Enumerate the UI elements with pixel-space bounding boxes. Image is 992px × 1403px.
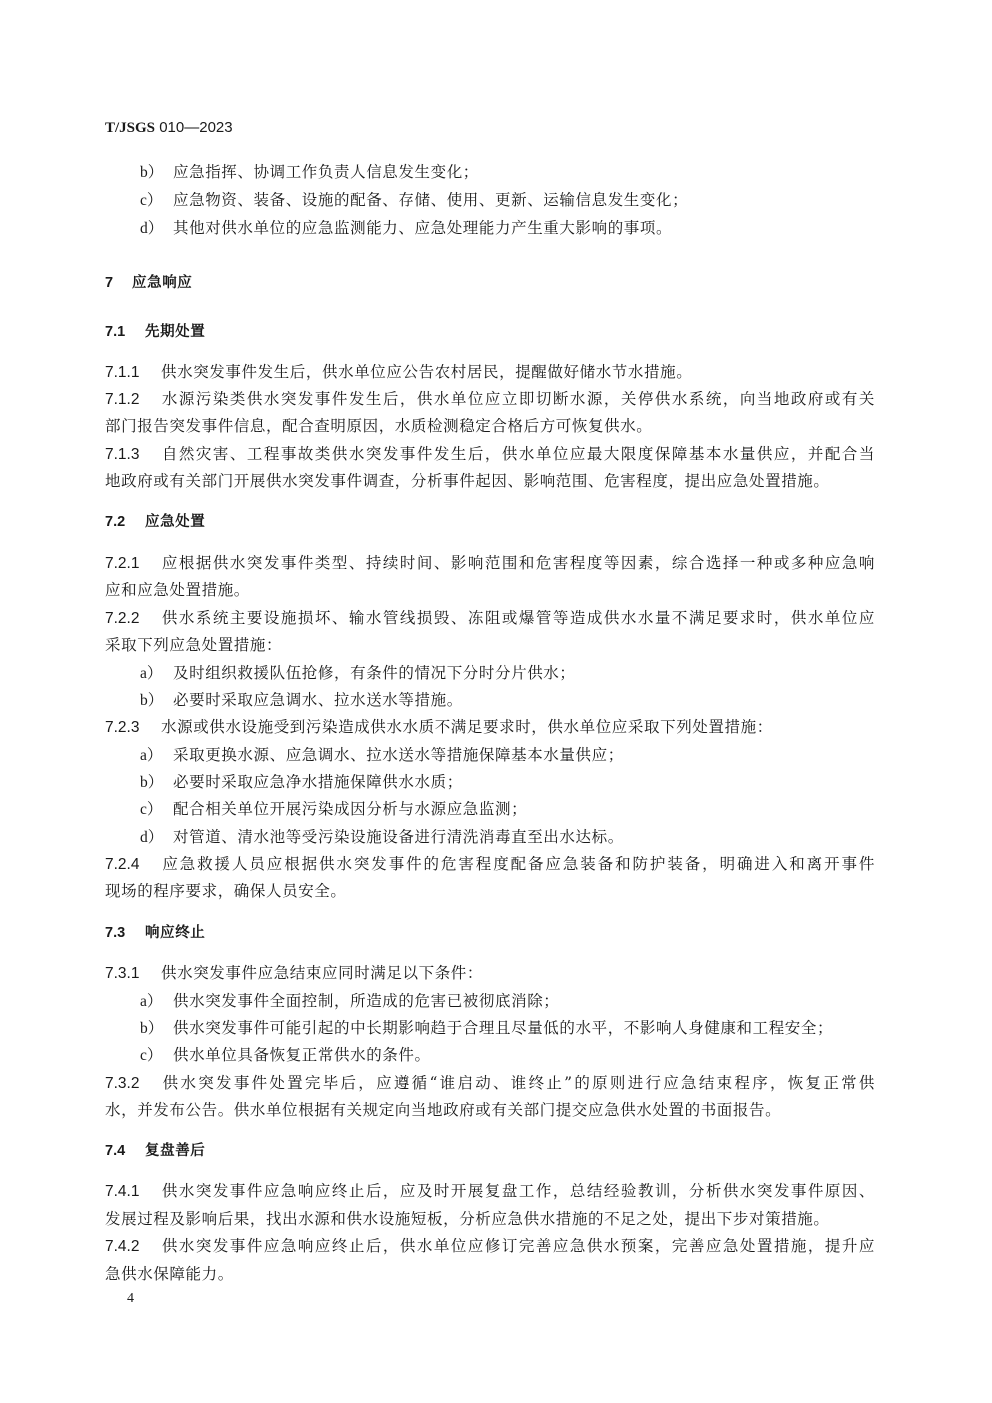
clause-7-1-2: 7.1.2水源污染类供水突发事件发生后，供水单位应立即切断水源，关停供水系统，向… — [105, 389, 875, 410]
clause-7-1-3-cont: 地政府或有关部门开展供水突发事件调查，分析事件起因、影响范围、危害程度，提出应急… — [105, 471, 875, 491]
section-title: 应急处置 — [145, 514, 205, 530]
item-label: b） — [140, 163, 173, 183]
list-item: a）供水突发事件全面控制，所造成的危害已被彻底消除； — [140, 991, 875, 1012]
clause-7-1-3: 7.1.3自然灾害、工程事故类供水突发事件发生后，供水单位应最大限度保障基本水量… — [105, 444, 875, 465]
clause-7-1-2-cont: 部门报告突发事件信息，配合查明原因，水质检测稳定合格后方可恢复供水。 — [105, 416, 875, 436]
list-item: d）其他对供水单位的应急监测能力、应急处理能力产生重大影响的事项。 — [140, 218, 875, 239]
item-text: 必要时采取应急净水措施保障供水水质； — [173, 773, 463, 791]
clause-number: 7.4.1 — [105, 1182, 161, 1202]
item-text: 供水突发事件全面控制，所造成的危害已被彻底消除； — [173, 992, 559, 1010]
section-heading-7-1: 7.1先期处置 — [105, 322, 875, 342]
item-label: d） — [140, 828, 173, 848]
section-number: 7.3 — [105, 923, 145, 943]
standard-number: 010—2023 — [155, 119, 233, 136]
chapter-number: 7 — [105, 273, 132, 293]
list-item: c）供水单位具备恢复正常供水的条件。 — [140, 1045, 875, 1066]
clause-number: 7.3.2 — [105, 1074, 161, 1094]
item-label: a） — [140, 664, 173, 684]
section-heading-7-4: 7.4复盘善后 — [105, 1141, 875, 1161]
clause-7-3-2-cont: 水，并发布公告。供水单位根据有关规定向当地政府或有关部门提交应急供水处置的书面报… — [105, 1100, 875, 1120]
list-item: c）应急物资、装备、设施的配备、存储、使用、更新、运输信息发生变化； — [140, 190, 875, 211]
item-text: 必要时采取应急调水、拉水送水等措施。 — [173, 691, 463, 709]
item-text: 采取更换水源、应急调水、拉水送水等措施保障基本水量供应； — [173, 746, 624, 764]
clause-text: 供水突发事件发生后，供水单位应公告农村居民，提醒做好储水节水措施。 — [161, 363, 692, 381]
standard-prefix: T/JSGS — [105, 120, 155, 136]
list-item: d）对管道、清水池等受污染设施设备进行清洗消毒直至出水达标。 — [140, 827, 875, 848]
item-text: 对管道、清水池等受污染设施设备进行清洗消毒直至出水达标。 — [173, 828, 624, 846]
list-item: b）必要时采取应急调水、拉水送水等措施。 — [140, 690, 875, 711]
clause-text: 供水突发事件应急响应终止后，应及时开展复盘工作，总结经验教训，分析供水突发事件原… — [161, 1182, 875, 1200]
clause-text: 水源污染类供水突发事件发生后，供水单位应立即切断水源，关停供水系统，向当地政府或… — [161, 390, 875, 408]
section-title: 复盘善后 — [145, 1143, 205, 1159]
clause-text: 供水突发事件应急响应终止后，供水单位应修订完善应急供水预案，完善应急处置措施，提… — [161, 1237, 875, 1255]
clause-7-1-1: 7.1.1供水突发事件发生后，供水单位应公告农村居民，提醒做好储水节水措施。 — [105, 362, 875, 383]
section-title: 响应终止 — [145, 925, 205, 941]
list-item: b）必要时采取应急净水措施保障供水水质； — [140, 772, 875, 793]
item-label: a） — [140, 992, 173, 1012]
section-heading-7-3: 7.3响应终止 — [105, 923, 875, 943]
clause-number: 7.3.1 — [105, 964, 161, 984]
clause-7-4-1-cont: 发展过程及影响后果，找出水源和供水设施短板，分析应急供水措施的不足之处，提出下步… — [105, 1209, 875, 1229]
clause-7-4-2: 7.4.2供水突发事件应急响应终止后，供水单位应修订完善应急供水预案，完善应急处… — [105, 1236, 875, 1257]
section-number: 7.4 — [105, 1141, 145, 1161]
clause-7-2-1: 7.2.1应根据供水突发事件类型、持续时间、影响范围和危害程度等因素，综合选择一… — [105, 553, 875, 574]
clause-7-3-1: 7.3.1供水突发事件应急结束应同时满足以下条件： — [105, 963, 875, 984]
clause-text: 应急救援人员应根据供水突发事件的危害程度配备应急装备和防护装备，明确进入和离开事… — [161, 855, 875, 873]
list-item: c）配合相关单位开展污染成因分析与水源应急监测； — [140, 799, 875, 820]
clause-text: 供水突发事件处置完毕后，应遵循“谁启动、谁终止”的原则进行应急结束程序，恢复正常… — [161, 1074, 875, 1092]
item-label: c） — [140, 191, 173, 211]
section-number: 7.2 — [105, 512, 145, 532]
clause-7-4-2-cont: 急供水保障能力。 — [105, 1264, 875, 1284]
chapter-heading: 7应急响应 — [105, 273, 875, 293]
clause-text: 应根据供水突发事件类型、持续时间、影响范围和危害程度等因素，综合选择一种或多种应… — [161, 554, 875, 572]
clause-number: 7.2.2 — [105, 609, 161, 629]
clause-text: 供水系统主要设施损坏、输水管线损毁、冻阻或爆管等造成供水水量不满足要求时，供水单… — [161, 609, 875, 627]
clause-7-2-4-cont: 现场的程序要求，确保人员安全。 — [105, 881, 875, 901]
clause-number: 7.4.2 — [105, 1237, 161, 1257]
item-label: b） — [140, 1019, 173, 1039]
clause-7-2-3: 7.2.3水源或供水设施受到污染造成供水水质不满足要求时，供水单位应采取下列处置… — [105, 717, 875, 738]
list-item: b）应急指挥、协调工作负责人信息发生变化； — [140, 162, 875, 183]
clause-7-2-4: 7.2.4应急救援人员应根据供水突发事件的危害程度配备应急装备和防护装备，明确进… — [105, 854, 875, 875]
item-label: b） — [140, 691, 173, 711]
clause-number: 7.2.3 — [105, 718, 161, 738]
item-text: 应急指挥、协调工作负责人信息发生变化； — [173, 163, 479, 181]
document-code-header: T/JSGS 010—2023 — [105, 118, 875, 138]
clause-7-2-2: 7.2.2供水系统主要设施损坏、输水管线损毁、冻阻或爆管等造成供水水量不满足要求… — [105, 608, 875, 629]
clause-7-4-1: 7.4.1供水突发事件应急响应终止后，应及时开展复盘工作，总结经验教训，分析供水… — [105, 1181, 875, 1202]
item-text: 配合相关单位开展污染成因分析与水源应急监测； — [173, 800, 527, 818]
item-label: c） — [140, 800, 173, 820]
list-item: a）及时组织救援队伍抢修，有条件的情况下分时分片供水； — [140, 663, 875, 684]
clause-number: 7.2.1 — [105, 554, 161, 574]
clause-text: 供水突发事件应急结束应同时满足以下条件： — [161, 964, 483, 982]
page-number: 4 — [127, 1291, 134, 1307]
item-text: 供水突发事件可能引起的中长期影响趋于合理且尽量低的水平，不影响人身健康和工程安全… — [173, 1019, 833, 1037]
clause-7-3-2: 7.3.2供水突发事件处置完毕后，应遵循“谁启动、谁终止”的原则进行应急结束程序… — [105, 1073, 875, 1094]
item-text: 及时组织救援队伍抢修，有条件的情况下分时分片供水； — [173, 664, 576, 682]
item-label: d） — [140, 219, 173, 239]
item-label: a） — [140, 746, 173, 766]
clause-number: 7.1.3 — [105, 445, 161, 465]
clause-text: 水源或供水设施受到污染造成供水水质不满足要求时，供水单位应采取下列处置措施： — [161, 718, 773, 736]
clause-7-2-2-cont: 采取下列应急处置措施： — [105, 635, 875, 655]
item-label: b） — [140, 773, 173, 793]
clause-number: 7.1.2 — [105, 390, 161, 410]
item-text: 应急物资、装备、设施的配备、存储、使用、更新、运输信息发生变化； — [173, 191, 688, 209]
clause-text: 自然灾害、工程事故类供水突发事件发生后，供水单位应最大限度保障基本水量供应，并配… — [161, 445, 875, 463]
item-text: 其他对供水单位的应急监测能力、应急处理能力产生重大影响的事项。 — [173, 219, 672, 237]
list-item: a）采取更换水源、应急调水、拉水送水等措施保障基本水量供应； — [140, 745, 875, 766]
item-label: c） — [140, 1046, 173, 1066]
clause-7-2-1-cont: 应和应急处置措施。 — [105, 580, 875, 600]
section-title: 先期处置 — [145, 324, 205, 340]
chapter-title: 应急响应 — [132, 275, 192, 291]
section-number: 7.1 — [105, 322, 145, 342]
clause-number: 7.2.4 — [105, 855, 161, 875]
item-text: 供水单位具备恢复正常供水的条件。 — [173, 1046, 431, 1064]
section-heading-7-2: 7.2应急处置 — [105, 512, 875, 532]
list-item: b）供水突发事件可能引起的中长期影响趋于合理且尽量低的水平，不影响人身健康和工程… — [140, 1018, 875, 1039]
clause-number: 7.1.1 — [105, 363, 161, 383]
